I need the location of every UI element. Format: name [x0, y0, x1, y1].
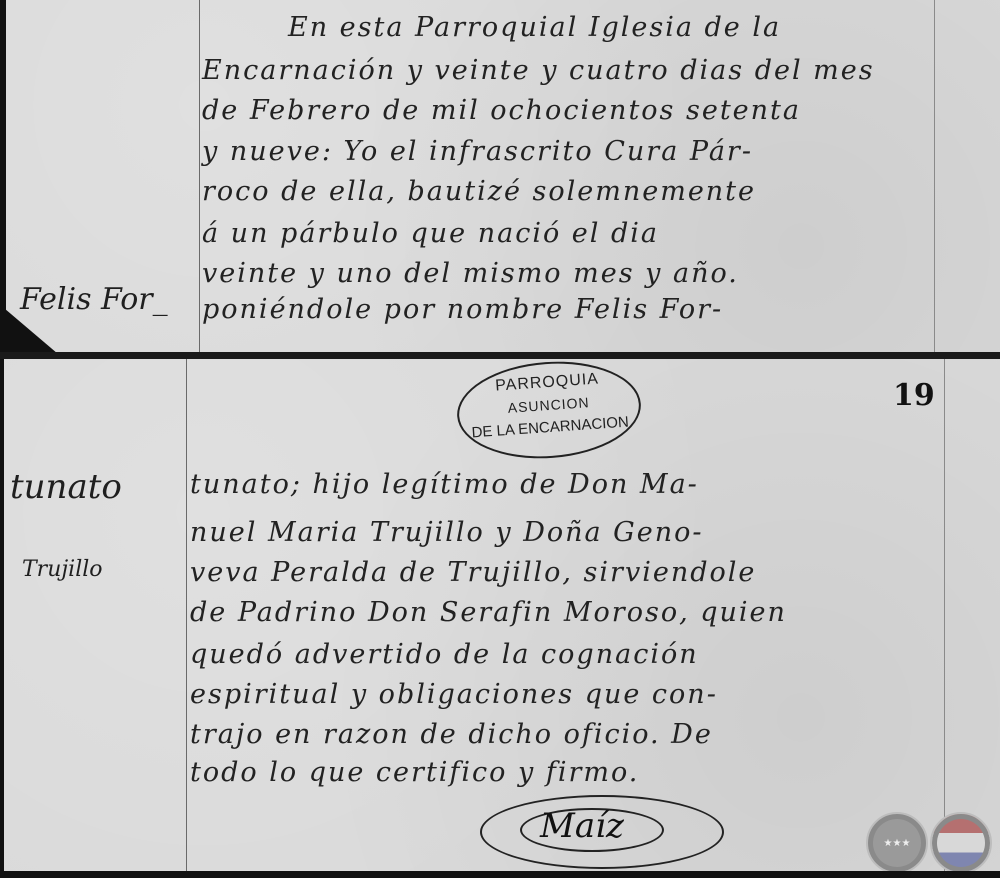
- entry-line-5: quedó advertido de la cognación: [190, 639, 699, 670]
- margin-surname: Trujillo: [22, 557, 103, 582]
- entry-line-7: trajo en razon de dicho oficio. De: [190, 719, 713, 750]
- right-rule: [944, 359, 945, 871]
- right-rule: [934, 0, 935, 352]
- entry-line-4: y nueve: Yo el infrascrito Cura Pár-: [202, 136, 753, 167]
- margin-rule: [199, 0, 200, 352]
- entry-line-8: todo lo que certifico y firmo.: [190, 757, 639, 788]
- entry-line-3: de Febrero de mil ochocientos setenta: [202, 95, 801, 126]
- folio-number: 19: [893, 378, 935, 413]
- entry-line-1: tunato; hijo legítimo de Don Ma-: [190, 469, 699, 500]
- seal-paraguay-flag-icon: [930, 812, 992, 874]
- entry-line-6: á un párbulo que nació el dia: [202, 218, 659, 249]
- scan-edge-bottom: [0, 871, 1000, 878]
- entry-line-4: de Padrino Don Serafin Moroso, quien: [190, 597, 787, 628]
- entry-line-1: En esta Parroquial Iglesia de la: [288, 12, 781, 43]
- entry-line-2: nuel Maria Trujillo y Doña Geno-: [190, 517, 703, 548]
- entry-line-2: Encarnación y veinte y cuatro dias del m…: [202, 55, 875, 86]
- seal-three-stars-icon: ★★★: [866, 812, 928, 874]
- entry-line-5: roco de ella, bautizé solemnemente: [202, 176, 756, 207]
- entry-line-6: espiritual y obligaciones que con-: [190, 679, 718, 710]
- margin-rule: [186, 359, 187, 871]
- margin-name-continuation: tunato: [10, 467, 122, 507]
- page-seam: [0, 352, 1000, 359]
- register-page-top: En esta Parroquial Iglesia de la Encarna…: [6, 0, 1000, 352]
- priest-signature: Maíz: [540, 806, 624, 846]
- entry-line-7: veinte y uno del mismo mes y año.: [202, 258, 739, 289]
- margin-name-top: Felis For_: [20, 282, 168, 317]
- entry-line-8: poniéndole por nombre Felis For-: [202, 294, 723, 325]
- entry-line-3: veva Peralda de Trujillo, sirviendole: [190, 557, 756, 588]
